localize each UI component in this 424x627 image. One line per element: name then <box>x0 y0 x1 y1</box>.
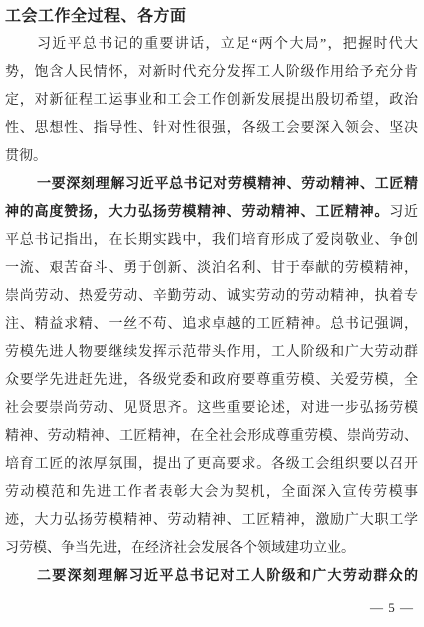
text-line: 定，对新征程工运事业和工会工作创新发展提出殷切希望，政治 <box>5 87 418 115</box>
text-segment: 崇尚劳动、热爱劳动、辛勤劳动、诚实劳动的劳动精神，执着专 <box>5 289 418 304</box>
text-line: 神的高度赞扬，大力弘扬劳模精神、劳动精神、工匠精神。习近 <box>5 199 418 227</box>
text-segment: 劳动模范和先进工作者表彰大会为契机，全面深入宣传劳模事 <box>5 485 418 500</box>
text-line: 平总书记指出，在长期实践中，我们培育形成了爱岗敬业、争创 <box>5 227 418 255</box>
text-segment: 习近平总书记的重要讲话，立足“两个大局”，把握时代大 <box>37 37 418 52</box>
text-segment: 平总书记指出，在长期实践中，我们培育形成了爱岗敬业、争创 <box>5 233 418 248</box>
text-line: 劳模先进人物要继续发挥示范带头作用，工人阶级和广大劳动群 <box>5 339 418 367</box>
text-segment: 社会要崇尚劳动、见贤思齐。这些重要论述，对进一步弘扬劳模 <box>5 401 418 416</box>
text-line: 势，饱含人民情怀，对新时代充分发挥工人阶级作用给予充分肯 <box>5 59 418 87</box>
text-segment: 劳模先进人物要继续发挥示范带头作用，工人阶级和广大劳动群 <box>5 345 418 360</box>
text-line: 贯彻。 <box>5 143 418 171</box>
text-segment: 精神、劳动精神、工匠精神，在全社会形成尊重劳模、崇尚劳动、 <box>5 429 418 444</box>
text-line: 一流、艰苦奋斗、勇于创新、淡泊名利、甘于奉献的劳模精神， <box>5 255 418 283</box>
text-line: 培育工匠的浓厚氛围，提出了更高要求。各级工会组织要以召开 <box>5 451 418 479</box>
text-line: 注、精益求精、一丝不苟、追求卓越的工匠精神。总书记强调， <box>5 311 418 339</box>
bold-text-segment: 二要深刻理解习近平总书记对工人阶级和广大劳动群众的 <box>37 569 418 584</box>
text-segment: 习劳模、争当先进，在经济社会发展各个领域建功立业。 <box>5 541 355 556</box>
document-body: 工会工作全过程、各方面习近平总书记的重要讲话，立足“两个大局”，把握时代大势，饱… <box>5 3 418 591</box>
page-number: — 5 — <box>370 600 414 616</box>
text-segment: 一流、艰苦奋斗、勇于创新、淡泊名利、甘于奉献的劳模精神， <box>5 261 418 276</box>
bold-text-segment: 神的高度赞扬，大力弘扬劳模精神、劳动精神、工匠精神。 <box>5 205 389 220</box>
text-segment: 习近 <box>389 205 418 220</box>
bold-text-segment: 一要深刻理解习近平总书记对劳模精神、劳动精神、工匠精 <box>37 177 418 192</box>
text-line: 性、思想性、指导性、针对性很强，各级工会要深入领会、坚决 <box>5 115 418 143</box>
text-segment: 势，饱含人民情怀，对新时代充分发挥工人阶级作用给予充分肯 <box>5 65 418 80</box>
text-line: 众要学先进赶先进，各级党委和政府要尊重劳模、关爱劳模，全 <box>5 367 418 395</box>
text-segment: 性、思想性、指导性、针对性很强，各级工会要深入领会、坚决 <box>5 121 418 136</box>
text-segment: 贯彻。 <box>5 149 47 164</box>
text-segment: 迹，大力弘扬劳模精神、劳动精神、工匠精神，激励广大职工学 <box>5 513 418 528</box>
text-line: 习近平总书记的重要讲话，立足“两个大局”，把握时代大 <box>5 31 418 59</box>
text-line: 迹，大力弘扬劳模精神、劳动精神、工匠精神，激励广大职工学 <box>5 507 418 535</box>
text-line: 社会要崇尚劳动、见贤思齐。这些重要论述，对进一步弘扬劳模 <box>5 395 418 423</box>
text-line: 一要深刻理解习近平总书记对劳模精神、劳动精神、工匠精 <box>5 171 418 199</box>
text-segment: 培育工匠的浓厚氛围，提出了更高要求。各级工会组织要以召开 <box>5 457 418 472</box>
text-line: 精神、劳动精神、工匠精神，在全社会形成尊重劳模、崇尚劳动、 <box>5 423 418 451</box>
section-heading: 工会工作全过程、各方面 <box>5 3 418 31</box>
text-line: 崇尚劳动、热爱劳动、辛勤劳动、诚实劳动的劳动精神，执着专 <box>5 283 418 311</box>
document-page: 工会工作全过程、各方面习近平总书记的重要讲话，立足“两个大局”，把握时代大势，饱… <box>0 0 424 627</box>
text-line: 习劳模、争当先进，在经济社会发展各个领域建功立业。 <box>5 535 418 563</box>
text-segment: 定，对新征程工运事业和工会工作创新发展提出殷切希望，政治 <box>5 93 418 108</box>
bold-text-segment: 工会工作全过程、各方面 <box>5 8 187 25</box>
text-segment: 注、精益求精、一丝不苟、追求卓越的工匠精神。总书记强调， <box>5 317 418 332</box>
text-line: 二要深刻理解习近平总书记对工人阶级和广大劳动群众的 <box>5 563 418 591</box>
text-line: 劳动模范和先进工作者表彰大会为契机，全面深入宣传劳模事 <box>5 479 418 507</box>
text-segment: 众要学先进赶先进，各级党委和政府要尊重劳模、关爱劳模，全 <box>5 373 418 388</box>
